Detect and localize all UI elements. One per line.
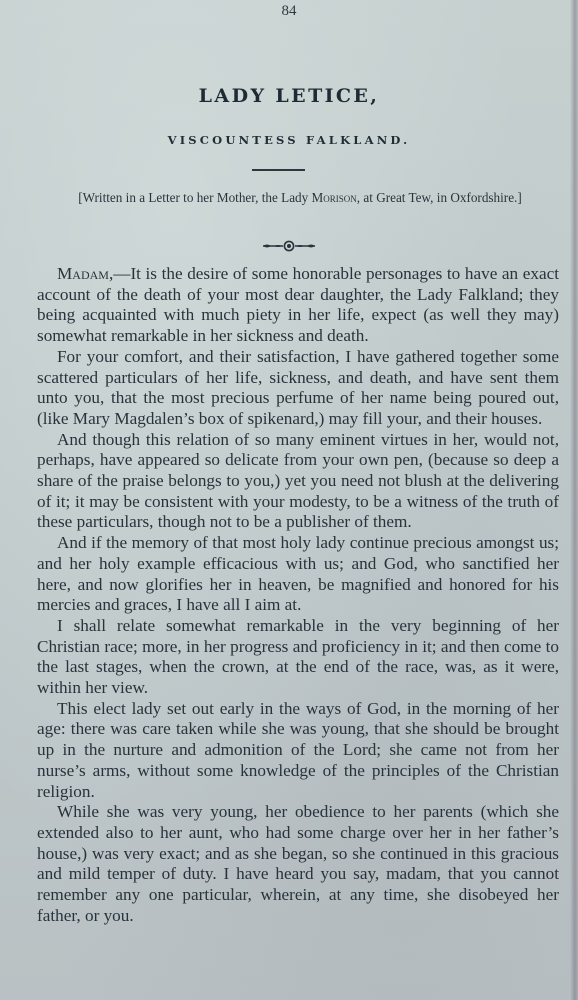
note-name-small-caps: Morison bbox=[312, 190, 357, 205]
note-suffix: , at Great Tew, in Oxfordshire.] bbox=[357, 190, 522, 205]
paragraph-7: While she was very young, her obedience … bbox=[37, 802, 559, 926]
paragraph-2: For your comfort, and their satisfaction… bbox=[37, 347, 559, 430]
salutation: Madam, bbox=[57, 264, 113, 283]
letter-body: Madam,—It is the desire of some honorabl… bbox=[37, 264, 559, 927]
paragraph-text: —It is the desire of some honorable pers… bbox=[37, 264, 559, 345]
fleuron-ornament-icon bbox=[0, 240, 578, 254]
paragraph-3: And though this relation of so many emin… bbox=[37, 430, 559, 534]
chapter-title: LADY LETICE, bbox=[0, 85, 578, 107]
page-edge-shadow bbox=[570, 0, 578, 1000]
title-rule-divider bbox=[252, 169, 305, 171]
paragraph-5: I shall relate somewhat remarkable in th… bbox=[37, 616, 559, 699]
book-page: 84 LADY LETICE, VISCOUNTESS FALKLAND. [W… bbox=[0, 0, 578, 1000]
note-prefix: [Written in a Letter to her Mother, the … bbox=[78, 190, 311, 205]
bracketed-note: [Written in a Letter to her Mother, the … bbox=[60, 188, 540, 208]
chapter-subtitle: VISCOUNTESS FALKLAND. bbox=[0, 133, 578, 147]
paragraph-1: Madam,—It is the desire of some honorabl… bbox=[37, 264, 559, 347]
page-number: 84 bbox=[0, 3, 578, 20]
paragraph-4: And if the memory of that most holy lady… bbox=[37, 533, 559, 616]
paragraph-6: This elect lady set out early in the way… bbox=[37, 699, 559, 803]
